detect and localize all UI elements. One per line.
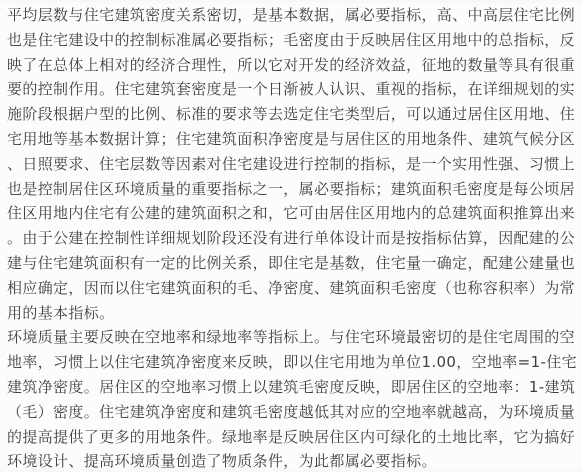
text-line: 映了在总体上相对的经济合理性，所以它对开发的经济效益，征地的数量等具有很重	[7, 53, 576, 78]
text-line: 宅用地等基本数据计算；住宅建筑面积净密度是与居住区的用地条件、建筑气候分区	[7, 127, 576, 152]
text-line: 也是住宅建设中的控制标准属必要指标；毛密度由于反映居住区用地中的总指标，反	[7, 28, 576, 53]
paragraph-2: 环境质量主要反映在空地率和绿地率等指标上。与住宅环境最密切的是住宅周围的空地率，…	[7, 325, 576, 472]
text-line: （毛）密度。住宅建筑净密度和建筑毛密度越低其对应的空地率就越高，为环境质量	[7, 400, 576, 425]
text-line: 环境设计、提高环境质量创造了物质条件，为此都属必要指标。	[7, 449, 576, 472]
text-line: 的提高提供了更多的用地条件。绿地率是反映居住区内可绿化的土地比率，它为搞好	[7, 425, 576, 450]
text-line: 。由于公建在控制性详细规划阶段还没有进行单体设计而是按指标估算，因配建的公	[7, 226, 576, 251]
text-line: 建与住宅建筑面积有一定的比例关系，即住宅是基数，住宅量一确定，配建公建量也	[7, 251, 576, 276]
text-line: 住区用地内住宅有公建的建筑面积之和，它可由居住区用地内的总建筑面积推算出来	[7, 201, 576, 226]
text-line: 要的控制作用。住宅建筑套密度是一个日渐被人认识、重视的指标，在详细规划的实	[7, 77, 576, 102]
text-line: 相应确定，因而以住宅建筑面积的毛、净密度、建筑面积毛密度（也称容积率）为常	[7, 276, 576, 301]
paragraph-1: 平均层数与住宅建筑密度关系密切，是基本数据，属必要指标，高、中高层住宅比例也是住…	[7, 3, 576, 325]
document-page: 平均层数与住宅建筑密度关系密切，是基本数据，属必要指标，高、中高层住宅比例也是住…	[0, 0, 582, 472]
text-line: 平均层数与住宅建筑密度关系密切，是基本数据，属必要指标，高、中高层住宅比例	[7, 3, 576, 28]
text-line: 环境质量主要反映在空地率和绿地率等指标上。与住宅环境最密切的是住宅周围的空	[7, 325, 576, 350]
text-line: 施阶段根据户型的比例、标准的要求等去选定住宅类型后，可以通过居住区用地、住	[7, 102, 576, 127]
text-line: 建筑净密度。居住区的空地率习惯上以建筑毛密度反映，即居住区的空地率：1-建筑	[7, 375, 576, 400]
text-line: 地率，习惯上以住宅建筑净密度来反映，即以住宅用地为单位1.00，空地率=1-住宅	[7, 350, 576, 375]
document-body: 平均层数与住宅建筑密度关系密切，是基本数据，属必要指标，高、中高层住宅比例也是住…	[7, 3, 576, 472]
text-line: 用的基本指标。	[7, 301, 576, 326]
text-line: 也是控制居住区环境质量的重要指标之一，属必要指标；建筑面积毛密度是每公顷居	[7, 177, 576, 202]
text-line: 、日照要求、住宅层数等因素对住宅建设进行控制的指标，是一个实用性强、习惯上	[7, 152, 576, 177]
